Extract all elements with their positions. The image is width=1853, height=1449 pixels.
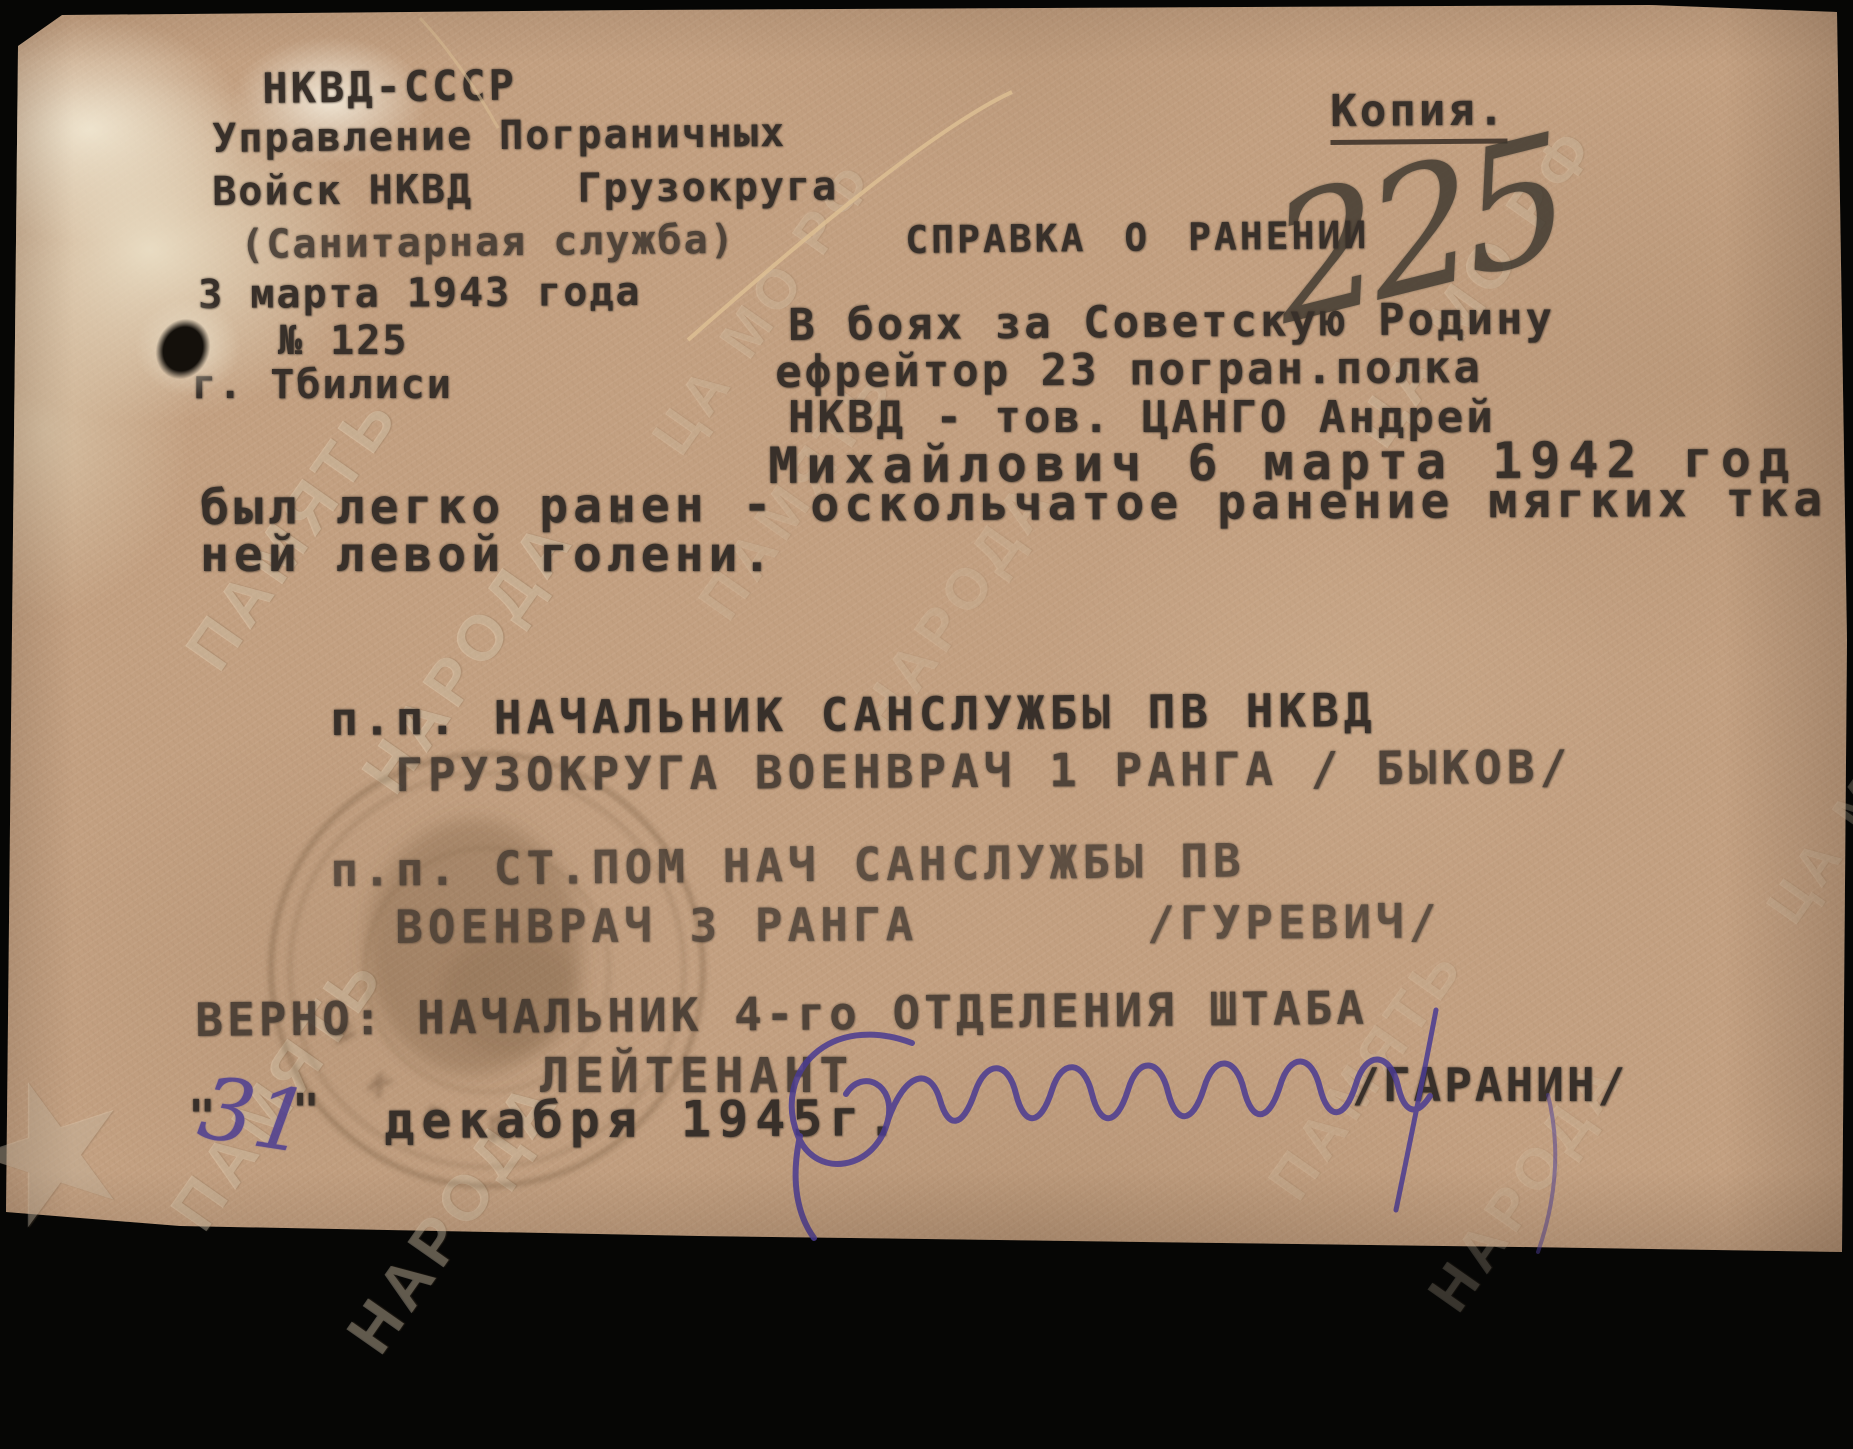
signatory-1-line-1: п.п. НАЧАЛЬНИК САНСЛУЖБЫ ПВ НКВД	[330, 683, 1377, 746]
header-line-3: Войск НКВД Грузокруга	[212, 164, 838, 215]
signatory-2-line-1: п.п. СТ.ПОМ НАЧ САНСЛУЖБЫ ПВ	[330, 833, 1246, 897]
certified-name: /ГАРАНИН/	[1352, 1058, 1628, 1112]
header-line-4: (Санитарная служба)	[240, 217, 736, 268]
document-title: СПРАВКА О РАНЕНИИ	[905, 213, 1369, 262]
header-line-1: НКВД-СССР	[262, 60, 517, 113]
header-line-5: 3 марта 1943 года	[198, 269, 642, 318]
date-close-quote: "	[292, 1084, 322, 1138]
header-line-6: № 125	[278, 318, 408, 364]
body-line-2: ефрейтор 23 погран.полка	[775, 342, 1483, 398]
date-text: декабря 1945г.	[384, 1089, 904, 1150]
body-line-6: ней левой голени.	[200, 527, 776, 583]
signatory-1-line-2: ГРУЗОКРУГА ВОЕНВРАЧ 1 РАНГА / БЫКОВ/	[395, 740, 1572, 802]
signatory-2-line-2: ВОЕНВРАЧ 3 РАНГА /ГУРЕВИЧ/	[395, 895, 1441, 954]
photo-backdrop: ПАМЯТЬ НАРОДА ЦА МО РФ ПАМЯТЬ НАРОДА ЦА …	[0, 0, 1853, 1259]
header-line-2: Управление Пограничных	[212, 110, 786, 162]
